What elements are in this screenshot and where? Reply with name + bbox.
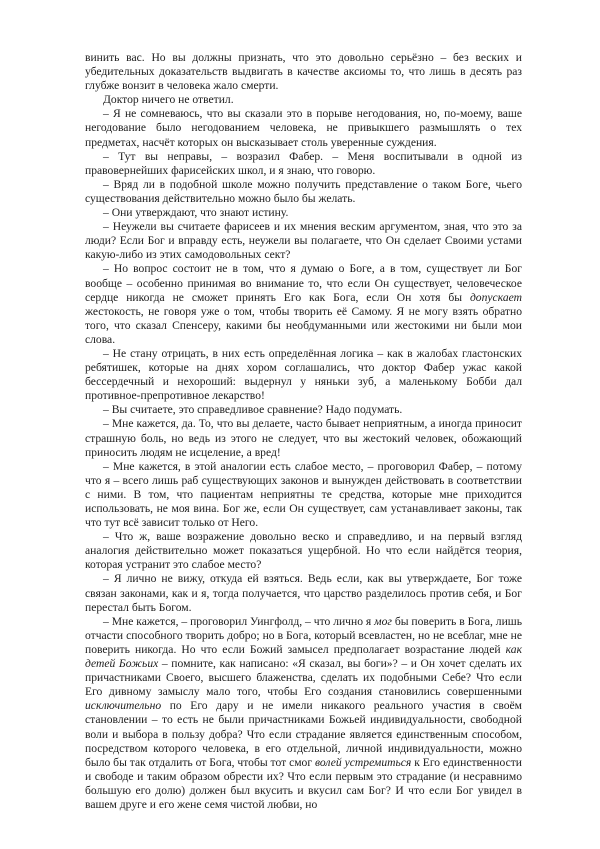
text-segment: – Я не сомневаюсь, что вы сказали это в …	[85, 107, 522, 148]
paragraph: Доктор ничего не ответил.	[85, 93, 522, 107]
paragraph: – Мне кажется, в этой аналогии есть слаб…	[85, 460, 522, 530]
text-segment: – Неужели вы считаете фарисеев и их мнен…	[85, 220, 522, 261]
italic-text-segment: исключительно	[85, 699, 161, 712]
paragraph: – Тут вы неправы, – возразил Фабер. – Ме…	[85, 150, 522, 178]
book-page: винить вас. Но вы должны признать, что э…	[0, 0, 600, 849]
text-segment: – Что ж, ваше возражение довольно веско …	[85, 530, 522, 571]
paragraph: – Вряд ли в подобной школе можно получит…	[85, 178, 522, 206]
text-segment: – Не стану отрицать, в них есть определё…	[85, 347, 522, 402]
text-segment: винить вас. Но вы должны признать, что э…	[85, 51, 522, 92]
text-segment: – Они утверждают, что знают истину.	[103, 206, 288, 219]
paragraph: – Мне кажется, – проговорил Уингфолд, – …	[85, 615, 522, 812]
text-segment: Доктор ничего не ответил.	[103, 93, 234, 106]
italic-text-segment: мог	[374, 615, 392, 628]
paragraph: – Они утверждают, что знают истину.	[85, 206, 522, 220]
paragraph: – Я не сомневаюсь, что вы сказали это в …	[85, 107, 522, 149]
paragraph: – Вы считаете, это справедливое сравнени…	[85, 403, 522, 417]
text-block: винить вас. Но вы должны признать, что э…	[85, 51, 522, 812]
text-segment: – Вряд ли в подобной школе можно получит…	[85, 178, 522, 205]
italic-text-segment: волей устремиться	[315, 756, 411, 769]
paragraph: – Что ж, ваше возражение довольно веско …	[85, 530, 522, 572]
paragraph: – Не стану отрицать, в них есть определё…	[85, 347, 522, 403]
paragraph: винить вас. Но вы должны признать, что э…	[85, 51, 522, 93]
text-segment: жестокость, не говоря уже о том, чтобы т…	[85, 305, 522, 346]
text-segment: – Мне кажется, да. То, что вы делаете, ч…	[85, 417, 522, 458]
text-segment: – Я лично не вижу, откуда ей взяться. Ве…	[85, 572, 522, 613]
paragraph: – Я лично не вижу, откуда ей взяться. Ве…	[85, 572, 522, 614]
text-segment: – Мне кажется, – проговорил Уингфолд, – …	[103, 615, 374, 628]
paragraph: – Но вопрос состоит не в том, что я дума…	[85, 262, 522, 347]
text-segment: – Вы считаете, это справедливое сравнени…	[103, 403, 402, 416]
paragraph: – Неужели вы считаете фарисеев и их мнен…	[85, 220, 522, 262]
text-segment: – Но вопрос состоит не в том, что я дума…	[85, 262, 522, 303]
italic-text-segment: допускает	[470, 291, 522, 304]
paragraph: – Мне кажется, да. То, что вы делаете, ч…	[85, 417, 522, 459]
text-segment: – Мне кажется, в этой аналогии есть слаб…	[85, 460, 522, 529]
text-segment: – Тут вы неправы, – возразил Фабер. – Ме…	[85, 150, 522, 177]
